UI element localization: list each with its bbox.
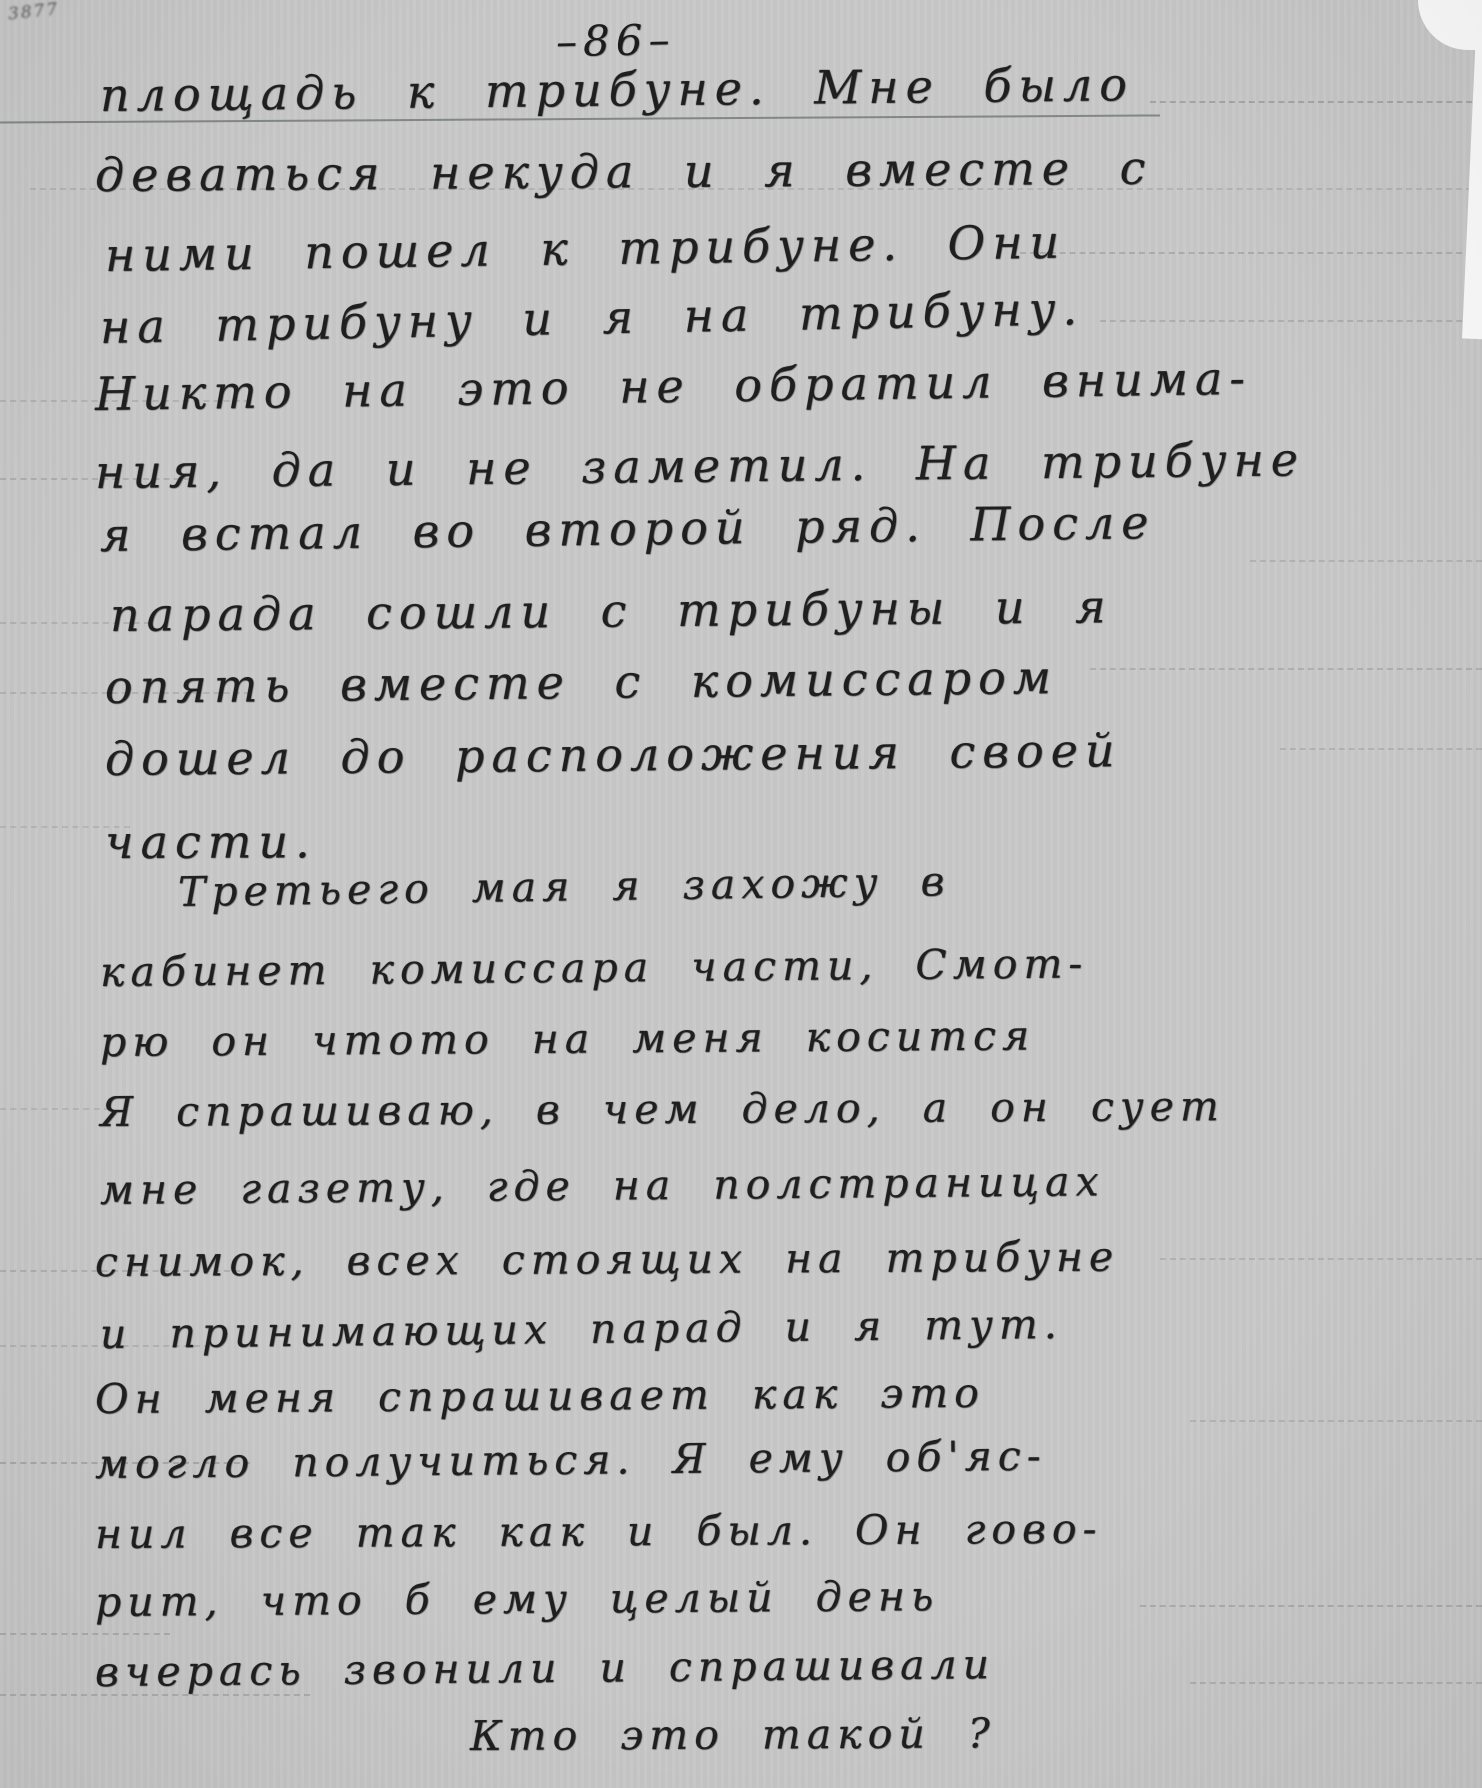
manuscript-line: рю он чтото на меня косится	[100, 1011, 1036, 1066]
ruled-line	[1250, 560, 1482, 562]
page-number: –86–	[556, 15, 676, 66]
manuscript-line: опять вместе с комиссаром	[105, 650, 1058, 714]
ruled-line	[1150, 101, 1482, 103]
manuscript-line: Я спрашиваю, в чем дело, а он сует	[100, 1082, 1225, 1136]
ruled-line	[1140, 1605, 1482, 1607]
manuscript-line: кабинет комиссара части, Смот-	[100, 939, 1089, 996]
manuscript-line: снимок, всех стоящих на трибуне	[95, 1233, 1119, 1286]
manuscript-line: площадь к трибуне. Мне было	[100, 57, 1134, 122]
manuscript-line: ними пошел к трибуне. Они	[105, 215, 1067, 282]
ruled-line	[1160, 1258, 1482, 1260]
manuscript-line: Никто на это не обратил внима-	[95, 351, 1253, 421]
ruled-line	[0, 1633, 170, 1635]
manuscript-line: вчерась звонили и спрашивали	[95, 1640, 995, 1696]
manuscript-line: Кто это такой ?	[470, 1709, 996, 1760]
manuscript-line: парада сошли с трибуны и я	[110, 579, 1113, 642]
manuscript-line: нил все так как и был. Он гово-	[95, 1505, 1103, 1558]
manuscript-line: могло получиться. Я ему об'яс-	[95, 1432, 1047, 1488]
manuscript-line: дошел до расположения своей	[105, 723, 1122, 786]
manuscript-line: рит, что б ему целый день	[95, 1572, 940, 1626]
manuscript-line: деваться некуда и я вместе с	[95, 141, 1153, 202]
manuscript-line: я встал во второй ряд. После	[100, 495, 1156, 562]
manuscript-line: ния, да и не заметил. На трибуне	[95, 432, 1306, 499]
manuscript-line: и принимающих парад и я тут.	[100, 1300, 1063, 1358]
ruled-line	[1190, 1682, 1482, 1684]
scan-edge	[1462, 0, 1482, 340]
manuscript-line: Он меня спрашивает как это	[95, 1369, 985, 1423]
ruled-line	[1100, 320, 1482, 322]
manuscript-line: на трибуну и я на трибуну.	[99, 281, 1084, 354]
manuscript-line: части.	[105, 814, 317, 869]
manuscript-line: мне газету, где на полстраницах	[100, 1157, 1105, 1214]
ruled-line	[1090, 668, 1482, 670]
manuscript-page: 3877 –86– площадь к трибуне. Мне было де…	[0, 0, 1482, 1788]
ruled-line	[1190, 1420, 1482, 1422]
ruled-line	[1280, 748, 1482, 750]
corner-smudge: 3877	[7, 0, 60, 25]
ruled-line	[1020, 252, 1482, 254]
ruled-line	[0, 1108, 110, 1110]
manuscript-line: Третьего мая я захожу в	[178, 857, 951, 916]
paper-corner	[1418, 0, 1482, 50]
